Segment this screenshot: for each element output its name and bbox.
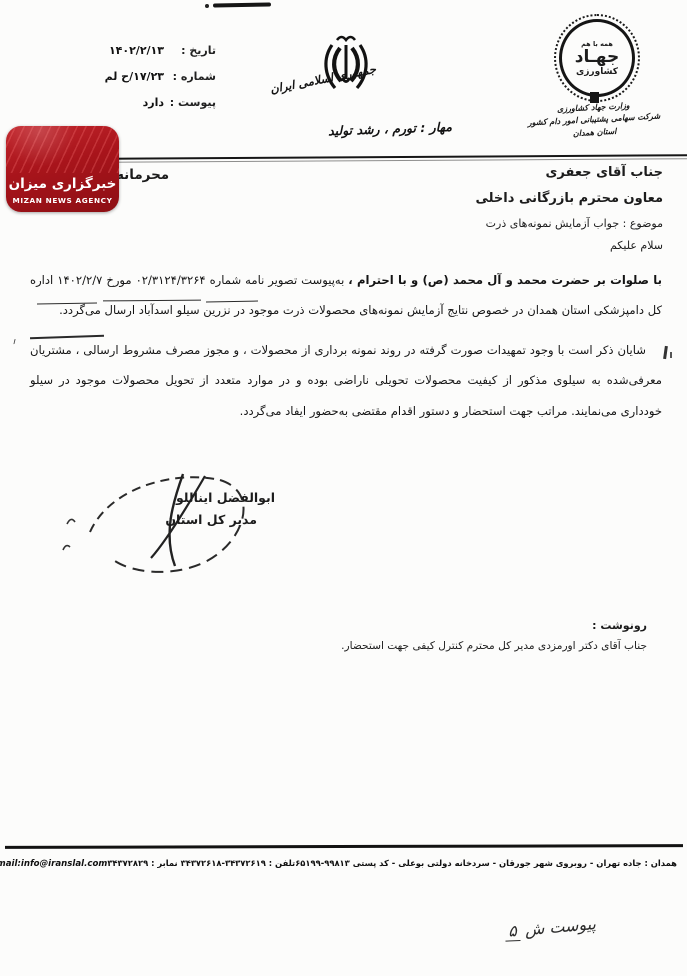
confidential-stamp: محرمانه	[116, 167, 169, 183]
cc-label: رونوشت :	[341, 619, 647, 632]
footer-fax-label: نمابر :	[151, 858, 178, 868]
body-paragraph-2: شایان ذکر است با وجود تمهیدات صورت گرفته…	[30, 335, 662, 426]
salutation: سلام علیکم	[475, 239, 663, 252]
footer-contact-bar: همدان : جاده تهران - روبروی شهر جورقان -…	[0, 858, 687, 869]
footer-fax-number: ۳۴۳۷۲۸۲۹	[107, 858, 148, 868]
note-text: پیوست ش	[524, 914, 597, 939]
footer-address-text: همدان : جاده تهران - روبروی شهر جورقان -…	[353, 858, 677, 868]
recipient-block: جناب آقای جعفری معاون محترم بازرگانی داخ…	[475, 166, 663, 252]
signature-block: ابوالفضل ایناللو مدیر کل استان	[55, 462, 315, 592]
year-slogan: مهار : تورم ، رشد تولید	[282, 119, 452, 140]
signer-title: مدیر کل استان	[165, 512, 257, 527]
letter-subject: موضوع : جواب آزمایش نمونه‌های ذرت	[475, 217, 663, 230]
letter-body: با صلوات بر حضرت محمد و آل محمد (ص) و با…	[30, 265, 662, 426]
scan-artifact-top	[213, 2, 271, 7]
signer-name: ابوالفضل ایناللو	[176, 490, 275, 505]
recipient-name: جناب آقای جعفری	[475, 166, 663, 179]
seal-main-text: جهـاد	[575, 49, 619, 66]
date-value: ۱۴۰۲/۲/۱۳	[109, 44, 164, 57]
date-label: تاریخ :	[164, 44, 216, 57]
scan-artifact-right-margin	[663, 346, 667, 359]
scan-artifact-left-margin: ؍	[11, 337, 18, 348]
organization-script-lines: وزارت جهاد کشاورزی شرکت سهامی پشتیبانی ا…	[515, 98, 673, 143]
meta-date-row: تاریخ : ۱۴۰۲/۲/۱۳	[48, 44, 216, 57]
meta-number-row: شماره : ۱۷/۲۳/ح لم	[48, 70, 216, 83]
scanned-letter-page: تاریخ : ۱۴۰۲/۲/۱۳ شماره : ۱۷/۲۳/ح لم پیو…	[0, 0, 687, 976]
seal-sub-text: کشاورزی	[576, 67, 618, 77]
seal-ring: همه با هم جهـاد کشاورزی	[559, 19, 635, 97]
footer-phone-numbers: ۳۴۳۷۲۶۱۸-۳۴۳۷۲۶۱۹	[181, 858, 266, 868]
badge-persian-name: خبرگزاری میزان	[9, 176, 117, 192]
footer-address: همدان : جاده تهران - روبروی شهر جورقان -…	[295, 858, 677, 868]
mizan-news-agency-badge: خبرگزاری میزان MIZAN NEWS AGENCY	[6, 126, 119, 212]
number-value: ۱۷/۲۳/ح لم	[105, 70, 164, 83]
cc-block: رونوشت : جناب آقای دکتر اورمزدی مدیر کل …	[341, 619, 647, 652]
number-label: شماره :	[164, 70, 216, 83]
cc-recipient-line: جناب آقای دکتر اورمزدی مدیر کل محترم کنت…	[341, 640, 647, 652]
meta-attachment-row: پیوست : دارد	[48, 96, 216, 109]
footer-postal-code: ۶۵۱۹۹-۹۹۸۱۳	[295, 858, 350, 868]
recipient-title: معاون محترم بازرگانی داخلی	[475, 191, 663, 206]
footer-divider-line	[5, 844, 683, 849]
attachment-value: دارد	[143, 96, 164, 109]
handwritten-signature-scribble	[55, 462, 315, 592]
note-number: ۵	[505, 921, 520, 941]
footer-phone-label: تلفن :	[269, 858, 295, 868]
scan-artifact-dot	[205, 4, 209, 8]
attachment-label: پیوست :	[164, 96, 216, 109]
body-p1-bold-opening: با صلوات بر حضرت محمد و آل محمد (ص) و با…	[348, 273, 662, 287]
footer-phone: تلفن : ۳۴۳۷۲۶۱۸-۳۴۳۷۲۶۱۹ نمابر : ۳۴۳۷۲۸۲…	[107, 858, 295, 868]
scan-artifact-right-margin-2	[670, 352, 672, 358]
handwritten-attachment-note: پیوست ش ۵	[504, 914, 596, 942]
footer-email: email:info@iranslal.com	[0, 859, 107, 869]
body-paragraph-1: با صلوات بر حضرت محمد و آل محمد (ص) و با…	[30, 265, 662, 326]
letter-meta-block: تاریخ : ۱۴۰۲/۲/۱۳ شماره : ۱۷/۲۳/ح لم پیو…	[48, 44, 216, 122]
badge-english-name: MIZAN NEWS AGENCY	[12, 196, 112, 205]
